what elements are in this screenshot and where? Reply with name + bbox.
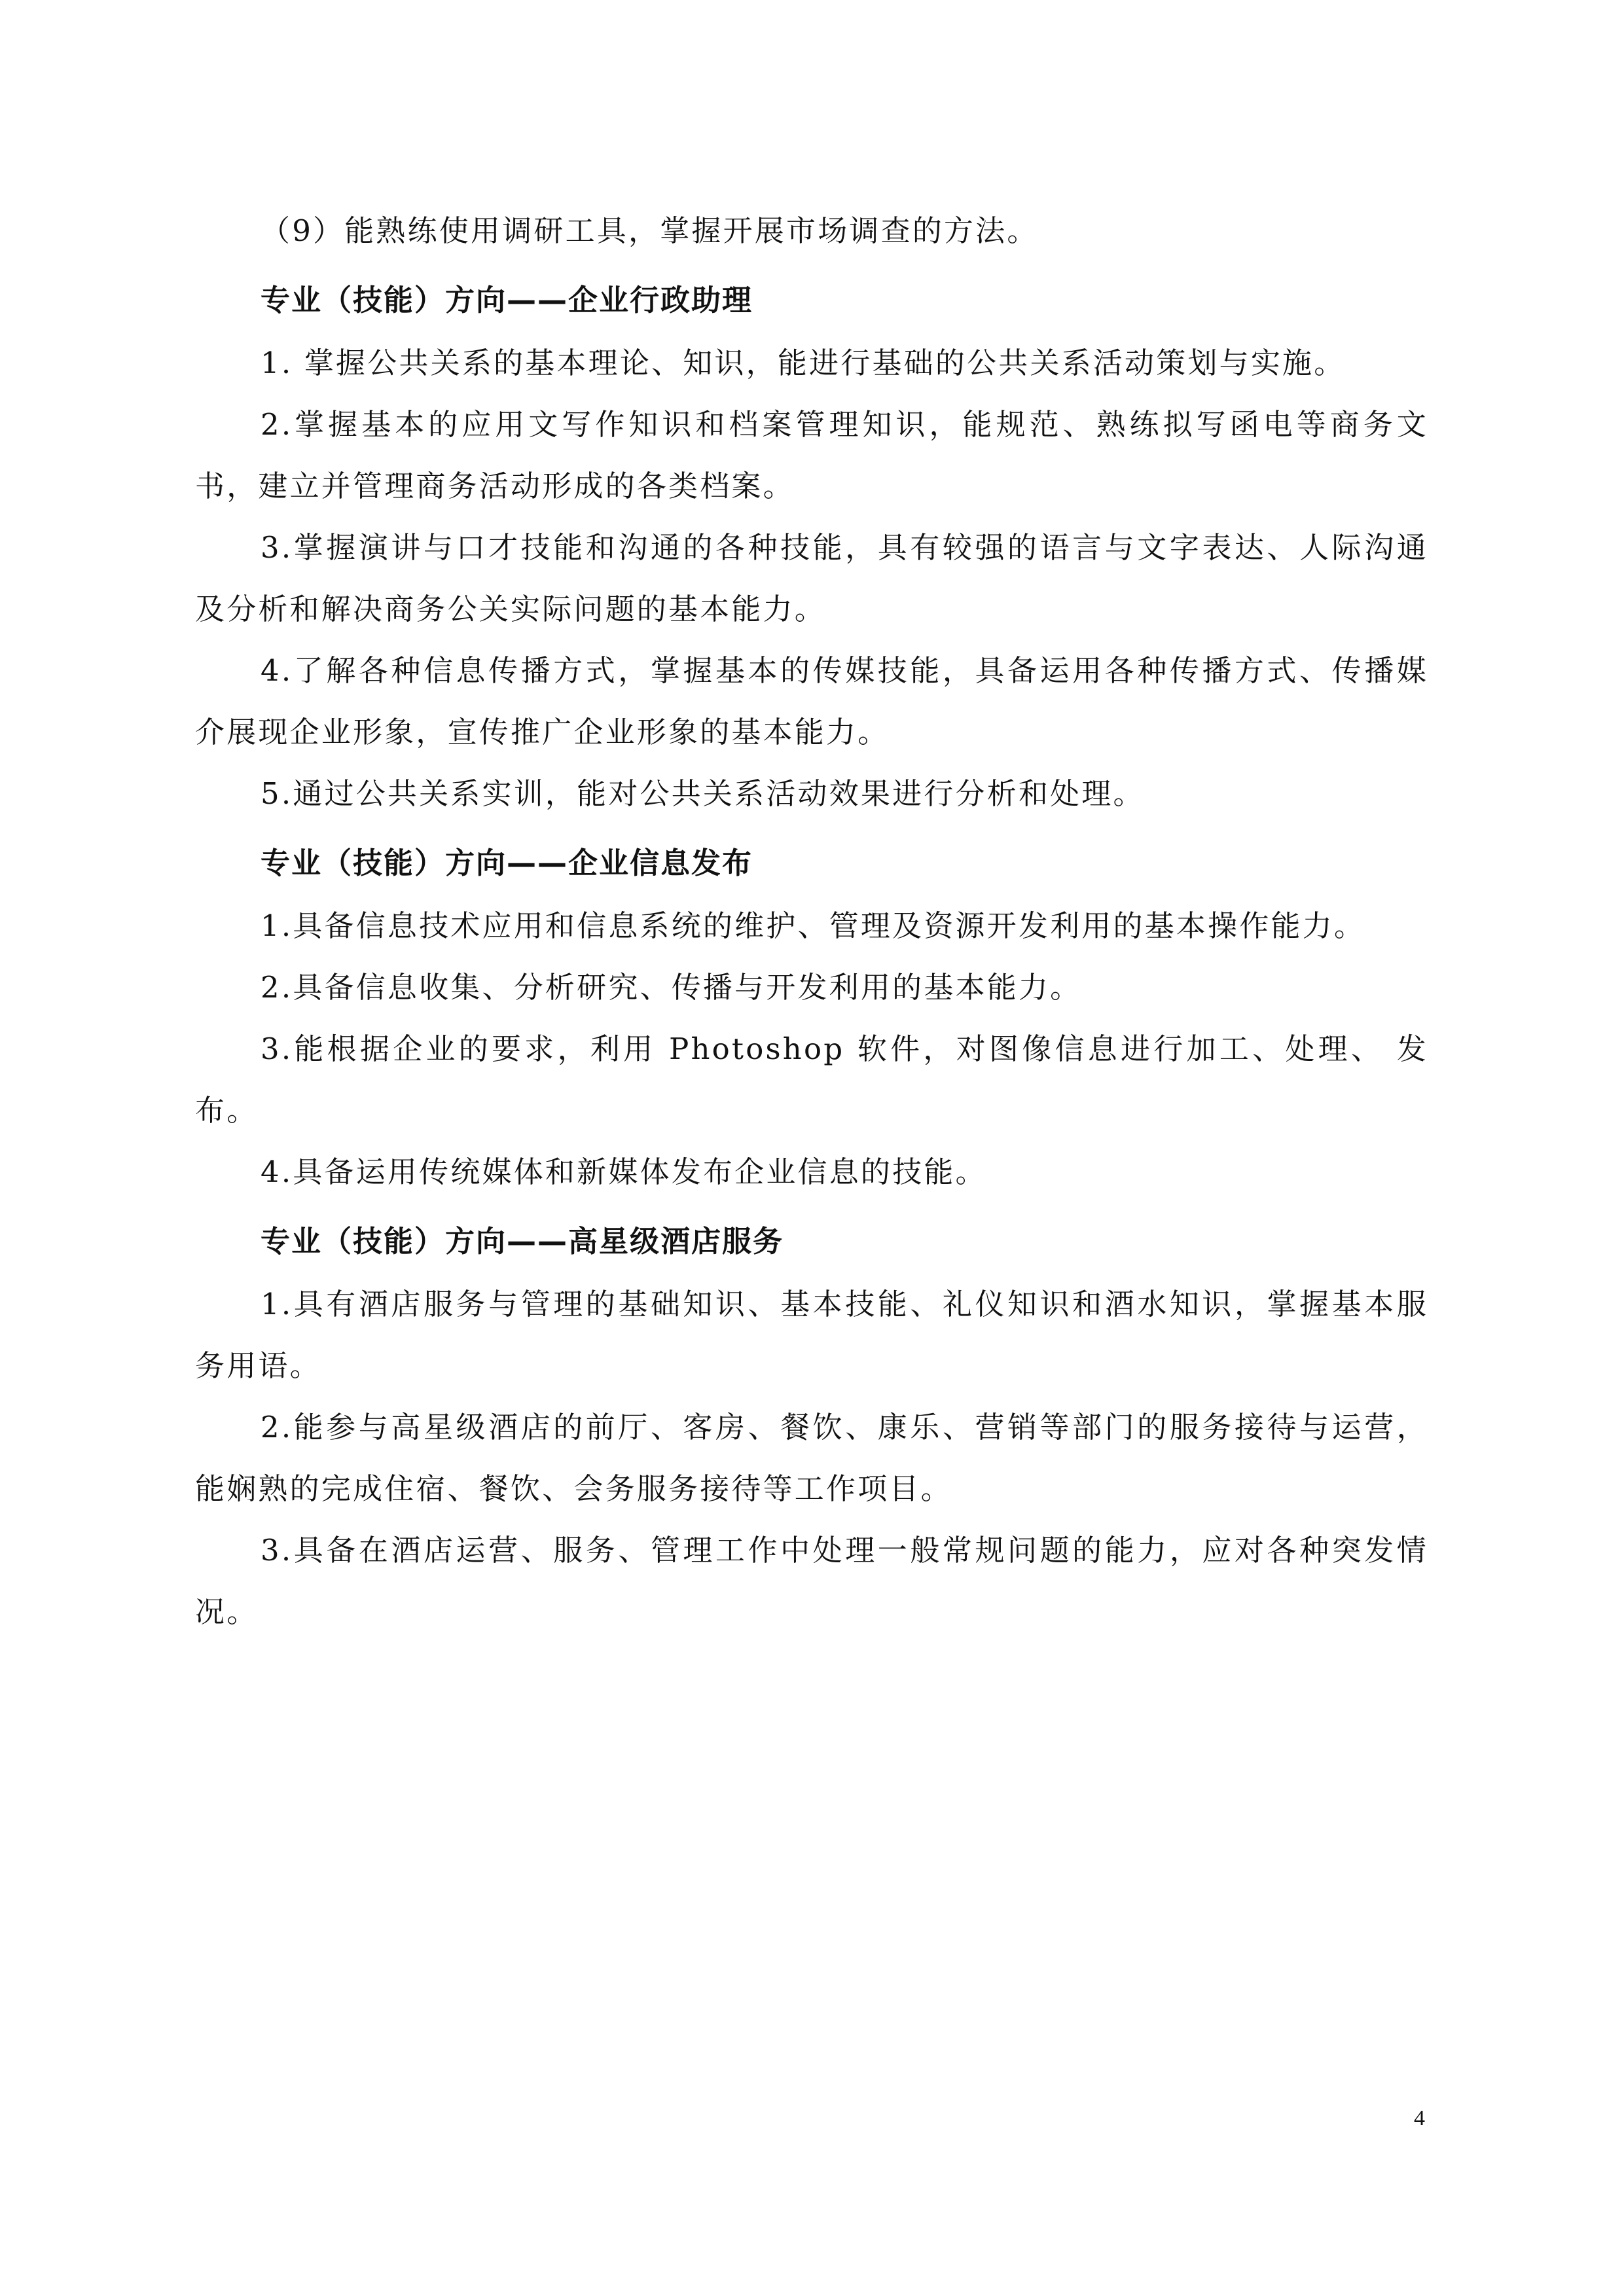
- list-item: 1.具备信息技术应用和信息系统的维护、管理及资源开发利用的基本操作能力。: [195, 895, 1428, 957]
- list-item: 2.能参与高星级酒店的前厅、客房、餐饮、康乐、营销等部门的服务接待与运营，能娴熟…: [195, 1397, 1428, 1520]
- list-item: 4.具备运用传统媒体和新媒体发布企业信息的技能。: [195, 1141, 1428, 1203]
- list-item: 3.能根据企业的要求，利用 Photoshop 软件，对图像信息进行加工、处理、…: [195, 1018, 1428, 1141]
- section-admin-assistant: 专业（技能）方向——企业行政助理 1. 掌握公共关系的基本理论、知识，能进行基础…: [195, 268, 1428, 825]
- list-item: 2.具备信息收集、分析研究、传播与开发利用的基本能力。: [195, 957, 1428, 1018]
- list-item: 5.通过公共关系实训，能对公共关系活动效果进行分析和处理。: [195, 763, 1428, 825]
- page-number: 4: [1414, 2106, 1425, 2131]
- section-heading: 专业（技能）方向——企业行政助理: [195, 268, 1428, 332]
- list-item: 1.具有酒店服务与管理的基础知识、基本技能、礼仪知识和酒水知识，掌握基本服务用语…: [195, 1274, 1428, 1397]
- list-item: 1. 掌握公共关系的基本理论、知识，能进行基础的公共关系活动策划与实施。: [195, 332, 1428, 394]
- document-body: （9）能熟练使用调研工具，掌握开展市场调查的方法。 专业（技能）方向——企业行政…: [195, 200, 1428, 1643]
- list-item: 3.掌握演讲与口才技能和沟通的各种技能，具有较强的语言与文字表达、人际沟通及分析…: [195, 517, 1428, 640]
- section-info-publishing: 专业（技能）方向——企业信息发布 1.具备信息技术应用和信息系统的维护、管理及资…: [195, 831, 1428, 1203]
- list-item-intro: （9）能熟练使用调研工具，掌握开展市场调查的方法。: [195, 200, 1428, 262]
- section-heading: 专业（技能）方向——企业信息发布: [195, 831, 1428, 895]
- list-item: 4.了解各种信息传播方式，掌握基本的传媒技能，具备运用各种传播方式、传播媒介展现…: [195, 640, 1428, 763]
- list-item: 2.掌握基本的应用文写作知识和档案管理知识，能规范、熟练拟写函电等商务文书，建立…: [195, 394, 1428, 517]
- list-item: 3.具备在酒店运营、服务、管理工作中处理一般常规问题的能力，应对各种突发情况。: [195, 1520, 1428, 1643]
- section-heading: 专业（技能）方向——高星级酒店服务: [195, 1210, 1428, 1274]
- section-hotel-service: 专业（技能）方向——高星级酒店服务 1.具有酒店服务与管理的基础知识、基本技能、…: [195, 1210, 1428, 1643]
